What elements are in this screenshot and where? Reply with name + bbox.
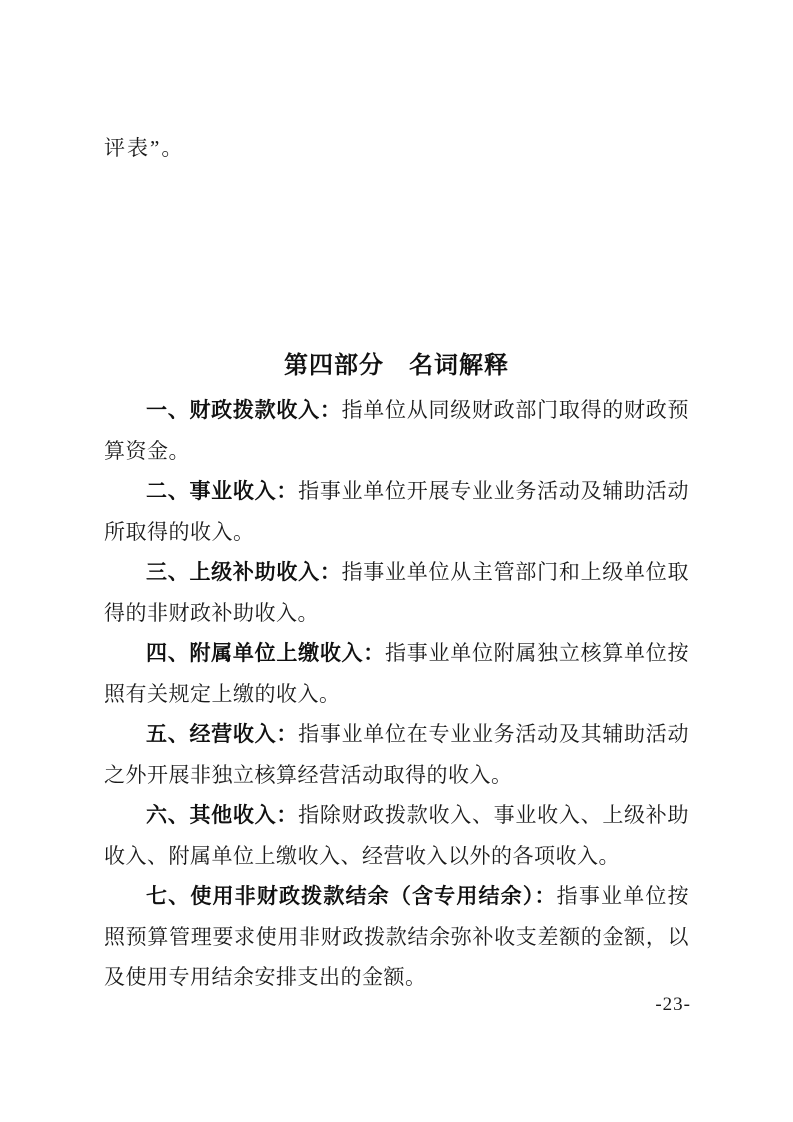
term-definition-1: 一、财政拨款收入：指单位从同级财政部门取得的财政预算资金。	[104, 390, 689, 471]
page-number: -23-	[655, 994, 691, 1016]
terms-list: 一、财政拨款收入：指单位从同级财政部门取得的财政预算资金。 二、事业收入：指事业…	[104, 390, 689, 997]
term-definition-4: 四、附属单位上缴收入：指事业单位附属独立核算单位按照有关规定上缴的收入。	[104, 633, 689, 714]
section-title: 第四部分 名词解释	[0, 348, 793, 384]
term-definition-5: 五、经营收入：指事业单位在专业业务活动及其辅助活动之外开展非独立核算经营活动取得…	[104, 714, 689, 795]
term-label-7: 七、使用非财政拨款结余（含专用结余）：	[146, 885, 557, 908]
term-definition-7: 七、使用非财政拨款结余（含专用结余）：指事业单位按照预算管理要求使用非财政拨款结…	[104, 876, 689, 997]
term-label-3: 三、上级补助收入：	[146, 561, 342, 584]
term-label-5: 五、经营收入：	[146, 723, 298, 746]
term-definition-2: 二、事业收入：指事业单位开展专业业务活动及辅助活动所取得的收入。	[104, 471, 689, 552]
term-label-4: 四、附属单位上缴收入：	[146, 642, 385, 665]
carryover-paragraph-text: 评表”。	[104, 128, 689, 168]
term-label-2: 二、事业收入：	[146, 480, 298, 503]
term-label-1: 一、财政拨款收入：	[146, 399, 342, 422]
document-page: 评表”。 第四部分 名词解释 一、财政拨款收入：指单位从同级财政部门取得的财政预…	[0, 0, 793, 1122]
term-definition-6: 六、其他收入：指除财政拨款收入、事业收入、上级补助收入、附属单位上缴收入、经营收…	[104, 795, 689, 876]
term-label-6: 六、其他收入：	[146, 804, 298, 827]
term-definition-3: 三、上级补助收入：指事业单位从主管部门和上级单位取得的非财政补助收入。	[104, 552, 689, 633]
